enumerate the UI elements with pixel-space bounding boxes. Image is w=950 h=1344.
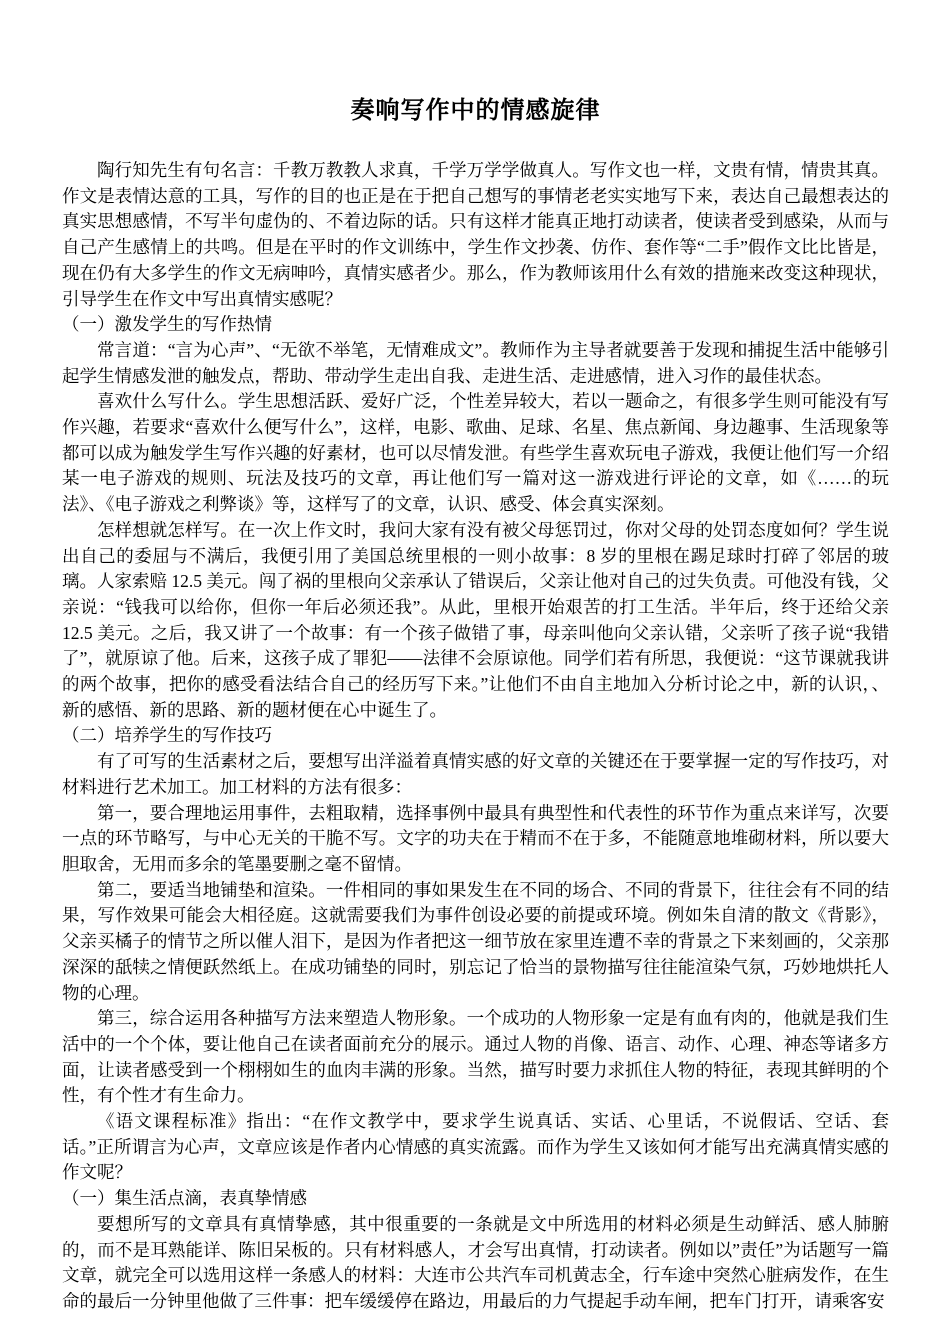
- paragraph: 怎样想就怎样写。在一次上作文时，我问大家有没有被父母惩罚过，你对父母的处罚态度如…: [62, 518, 889, 724]
- paragraph: 要想所写的文章具有真情挚感，其中很重要的一条就是文中所选用的材料必须是生动鲜活、…: [62, 1212, 889, 1315]
- document-title: 奏响写作中的情感旋律: [62, 90, 889, 125]
- section-heading: （一）激发学生的写作热情: [62, 312, 889, 338]
- paragraph: 第一，要合理地运用事件，去粗取精，选择事例中最具有典型性和代表性的环节作为重点来…: [62, 801, 889, 878]
- paragraph: 有了可写的生活素材之后，要想写出洋溢着真情实感的好文章的关键还在于要掌握一定的写…: [62, 749, 889, 800]
- document-body: 陶行知先生有句名言：千教万教教人求真，千学万学学做真人。写作文也一样，文贵有情，…: [62, 158, 889, 1315]
- paragraph: 常言道：“言为心声”、“无欲不举笔，无情难成文”。教师作为主导者就要善于发现和捕…: [62, 338, 889, 389]
- paragraph: 第二，要适当地铺垫和渲染。一件相同的事如果发生在不同的场合、不同的背景下，往往会…: [62, 878, 889, 1007]
- section-heading: （二）培养学生的写作技巧: [62, 723, 889, 749]
- paragraph: 《语文课程标准》指出：“在作文教学中，要求学生说真话、实话、心里话，不说假话、空…: [62, 1109, 889, 1186]
- document-page: 奏响写作中的情感旋律 陶行知先生有句名言：千教万教教人求真，千学万学学做真人。写…: [0, 0, 950, 1344]
- paragraph: 陶行知先生有句名言：千教万教教人求真，千学万学学做真人。写作文也一样，文贵有情，…: [62, 158, 889, 312]
- paragraph: 喜欢什么写什么。学生思想活跃、爱好广泛，个性差异较大，若以一题命之，有很多学生则…: [62, 389, 889, 518]
- paragraph: 第三，综合运用各种描写方法来塑造人物形象。一个成功的人物形象一定是有血有肉的，他…: [62, 1006, 889, 1109]
- section-heading: （一）集生活点滴，表真挚情感: [62, 1186, 889, 1212]
